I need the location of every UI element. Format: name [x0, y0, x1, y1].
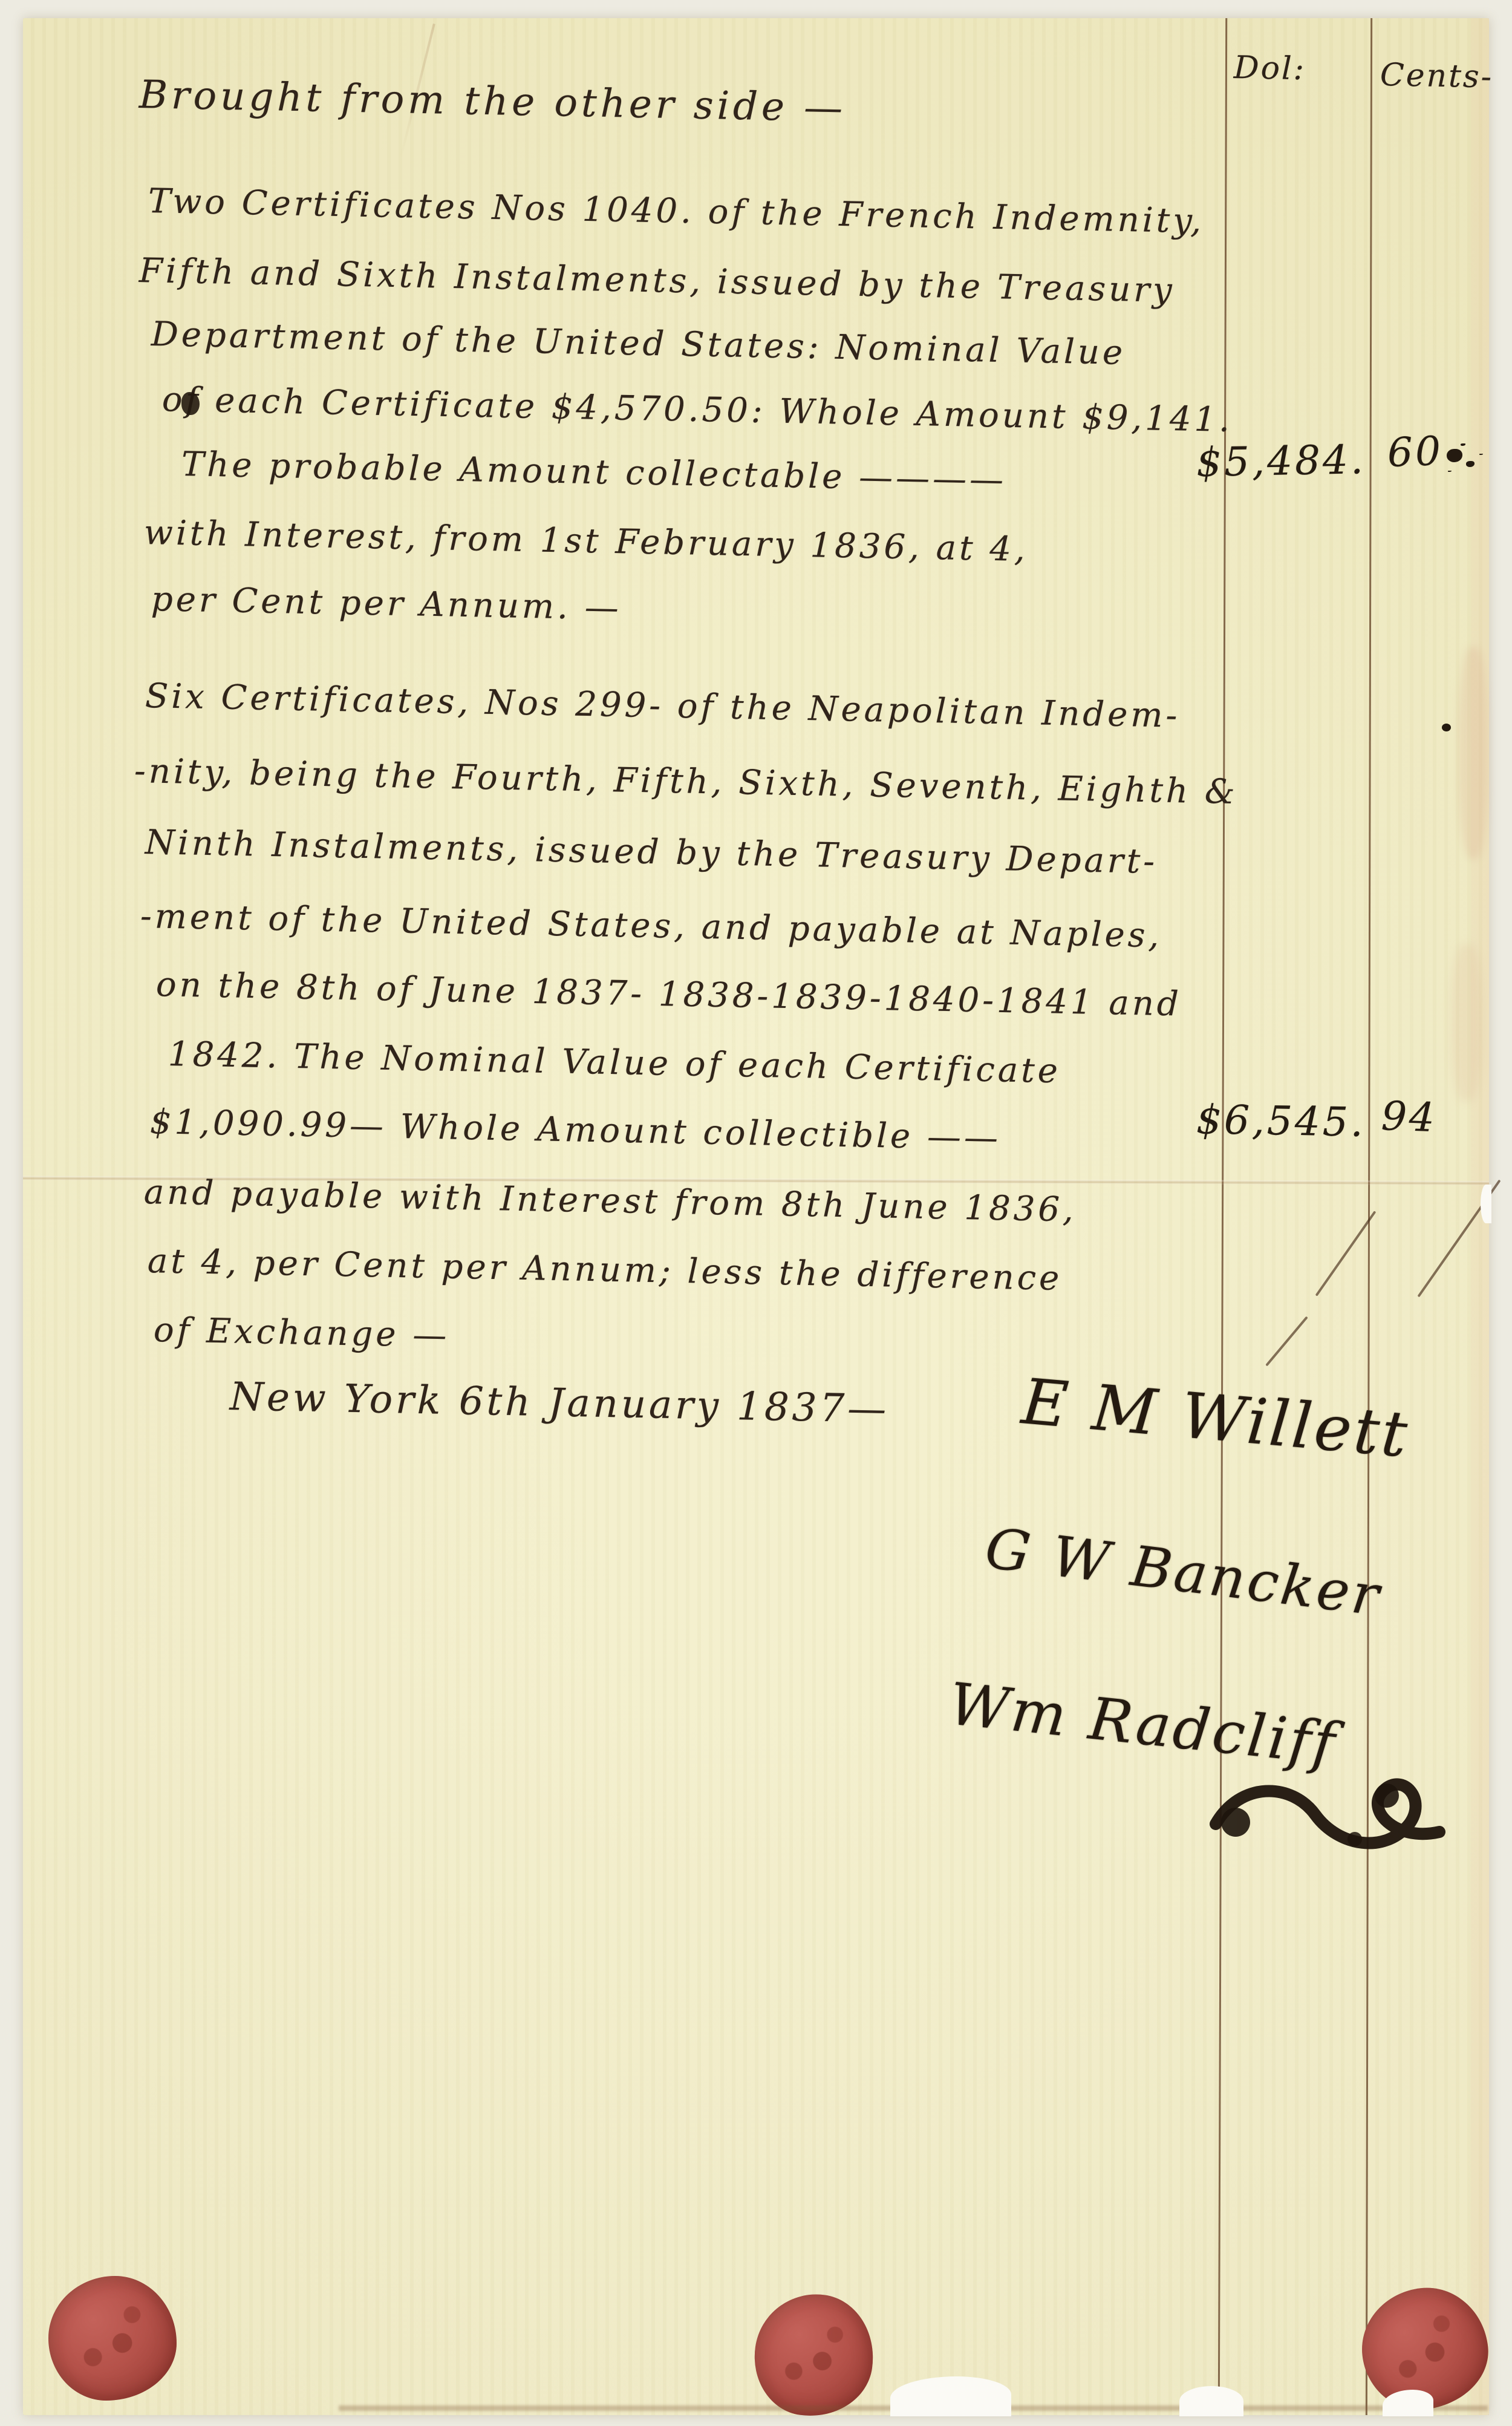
wax-seal-left: [48, 2276, 177, 2401]
amount-dollars: $6,545.: [1196, 1096, 1366, 1146]
ink-dot: [1442, 724, 1451, 731]
ink-blot: [181, 392, 200, 415]
torn-edge: [1481, 1185, 1491, 1223]
scan-background: Brought from the other side — Dol: Cents…: [0, 0, 1512, 2426]
amount-cents: 94: [1381, 1093, 1438, 1141]
amount-dollars: $5,484.: [1196, 436, 1366, 486]
edge-smudge: [1452, 944, 1482, 1101]
edge-smudge: [1459, 647, 1488, 859]
torn-edge: [1179, 2386, 1243, 2416]
manuscript-line: of Exchange —: [153, 1310, 450, 1355]
cents-column-header: Cents-: [1380, 57, 1493, 96]
ink-flourish: [1201, 1748, 1467, 1882]
amount-cents: 60: [1387, 428, 1444, 476]
dollars-column-header: Dol:: [1233, 50, 1306, 87]
